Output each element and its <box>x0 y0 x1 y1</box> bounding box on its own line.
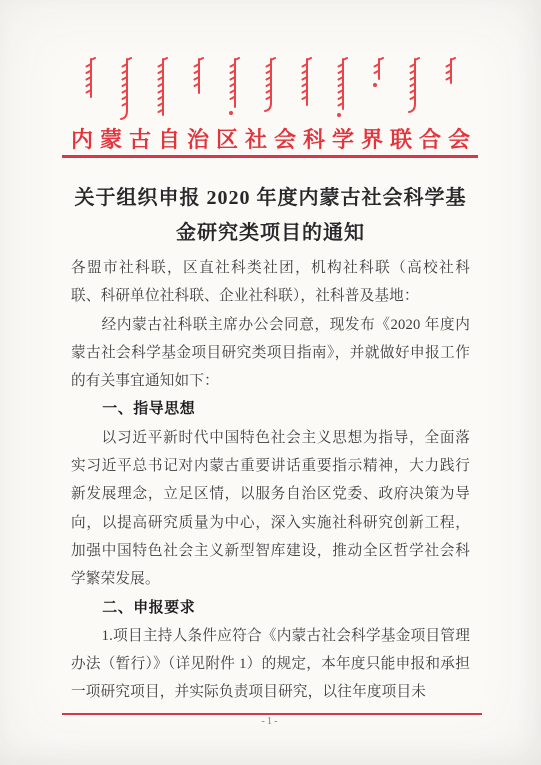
header-divider <box>62 155 478 158</box>
mongolian-word-glyph <box>192 57 206 107</box>
mongolian-word-glyph <box>264 57 278 117</box>
document-body: 各盟市社科联，区直社科类社团，机构社科联（高校社科联、科研单位社科联、企业社科联… <box>71 254 470 707</box>
footer-divider <box>62 713 482 715</box>
paragraph: 各盟市社科联，区直社科类社团，机构社科联（高校社科联、科研单位社科联、企业社科联… <box>71 254 470 311</box>
mongolian-word-glyph <box>228 57 242 121</box>
paragraph: 1.项目主持人条件应符合《内蒙古社会科学基金项目管理办法（暂行）》（详见附件 1… <box>71 622 470 707</box>
mongolian-word-glyph <box>336 57 350 123</box>
paragraph: 以习近平新时代中国特色社会主义思想为指导，全面落实习近平总书记对内蒙古重要讲话重… <box>71 424 470 594</box>
mongolian-word-glyph <box>84 57 98 111</box>
mongolian-word-glyph <box>156 57 170 129</box>
page-number: -1- <box>0 716 541 727</box>
section-heading: 二、申报要求 <box>71 594 470 622</box>
mongolian-word-glyph <box>408 57 422 118</box>
mongolian-word-glyph <box>300 57 314 119</box>
section-heading: 一、指导思想 <box>71 395 470 423</box>
mongolian-word-glyph <box>444 57 458 97</box>
mongolian-word-glyph <box>120 57 134 125</box>
mongolian-word-glyph <box>372 57 386 93</box>
document-title: 关于组织申报 2020 年度内蒙古社会科学基 金研究类项目的通知 <box>35 181 506 251</box>
paragraph: 经内蒙古社科联主席办公会同意，现发布《2020 年度内蒙古社会科学基金项目研究类… <box>71 311 470 396</box>
document-title-line1: 关于组织申报 2020 年度内蒙古社会科学基 <box>35 181 506 216</box>
org-title: 内蒙古自治区社会科学界联合会 <box>0 123 541 154</box>
scanned-notice-page: 内蒙古自治区社会科学界联合会 关于组织申报 2020 年度内蒙古社会科学基 金研… <box>0 0 541 765</box>
mongolian-script-row <box>84 57 458 123</box>
document-title-line2: 金研究类项目的通知 <box>35 216 506 251</box>
